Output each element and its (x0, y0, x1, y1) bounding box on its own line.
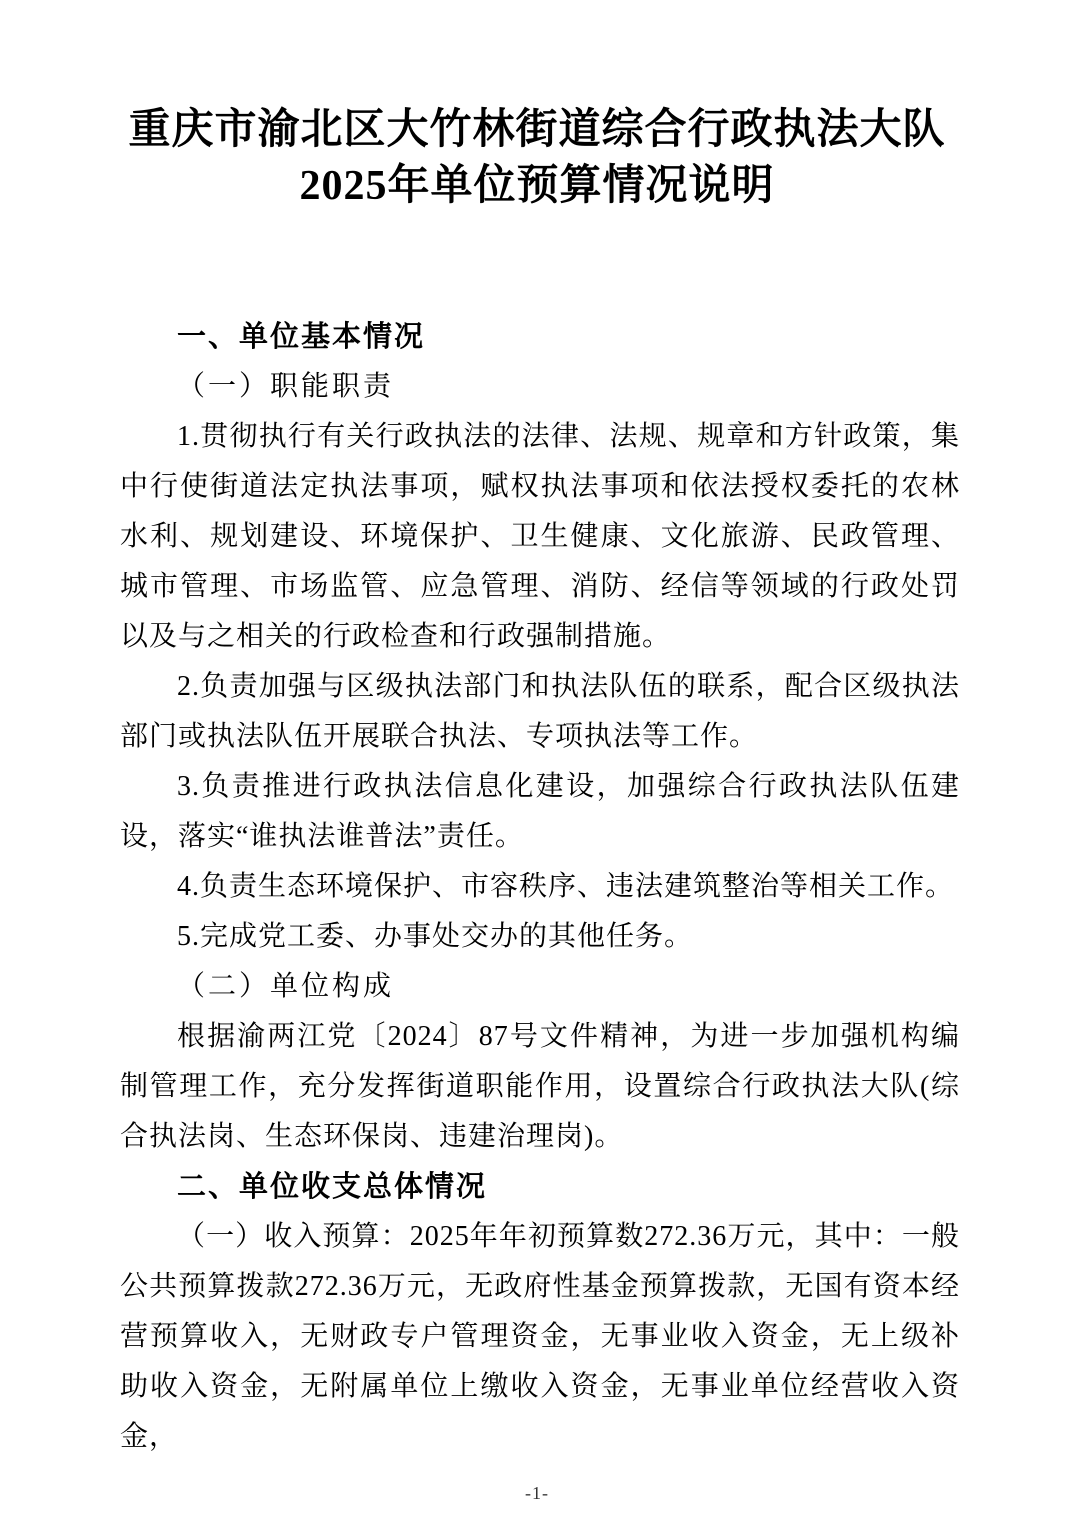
section-heading-revenue-expense: 二、单位收支总体情况 (120, 1162, 960, 1212)
paragraph-duty-1: 1.贯彻执行有关行政执法的法律、法规、规章和方针政策，集中行使街道法定执法事项，… (120, 412, 960, 662)
paragraph-duty-3: 3.负责推进行政执法信息化建设，加强综合行政执法队伍建设，落实“谁执法谁普法”责… (120, 762, 960, 862)
document-body: 一、单位基本情况 （一）职能职责 1.贯彻执行有关行政执法的法律、法规、规章和方… (120, 312, 960, 1462)
paragraph-income-budget: （一）收入预算：2025年年初预算数272.36万元，其中：一般公共预算拨款27… (120, 1212, 960, 1462)
paragraph-duty-4: 4.负责生态环境保护、市容秩序、违法建筑整治等相关工作。 (120, 862, 960, 912)
page-number: -1- (525, 1483, 549, 1503)
subsection-heading-composition: （二）单位构成 (120, 962, 960, 1012)
document-title: 重庆市渝北区大竹林街道综合行政执法大队 2025年单位预算情况说明 (0, 0, 1074, 214)
document-page: 重庆市渝北区大竹林街道综合行政执法大队 2025年单位预算情况说明 一、单位基本… (0, 0, 1074, 1520)
section-heading-basic-info: 一、单位基本情况 (120, 312, 960, 362)
document-title-line-1: 重庆市渝北区大竹林街道综合行政执法大队 (0, 102, 1074, 158)
page-footer: -1- (0, 1483, 1074, 1504)
paragraph-duty-2: 2.负责加强与区级执法部门和执法队伍的联系，配合区级执法部门或执法队伍开展联合执… (120, 662, 960, 762)
subsection-heading-duties: （一）职能职责 (120, 362, 960, 412)
paragraph-composition: 根据渝两江党〔2024〕87号文件精神，为进一步加强机构编制管理工作，充分发挥街… (120, 1012, 960, 1162)
document-title-line-2: 2025年单位预算情况说明 (0, 158, 1074, 214)
paragraph-duty-5: 5.完成党工委、办事处交办的其他任务。 (120, 912, 960, 962)
